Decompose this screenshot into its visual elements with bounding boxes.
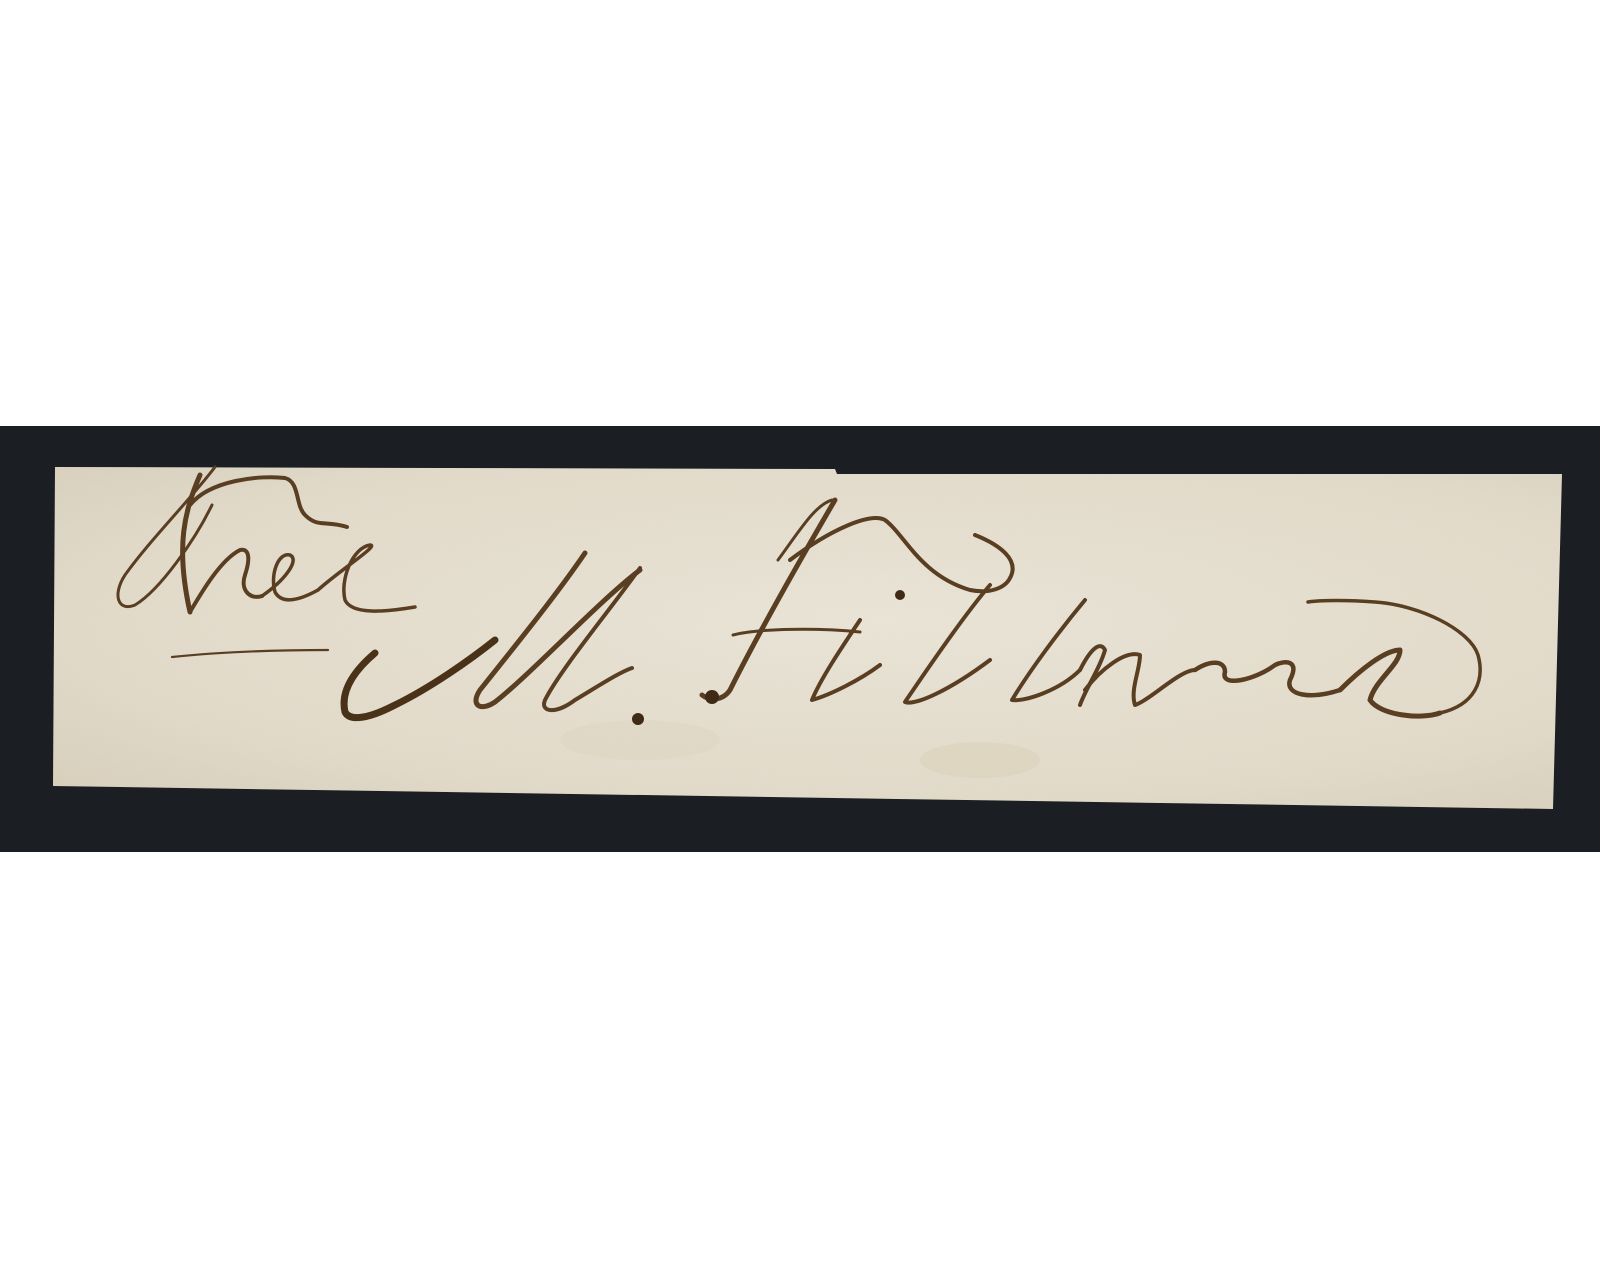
signature-clipping-photo xyxy=(0,0,1600,1280)
